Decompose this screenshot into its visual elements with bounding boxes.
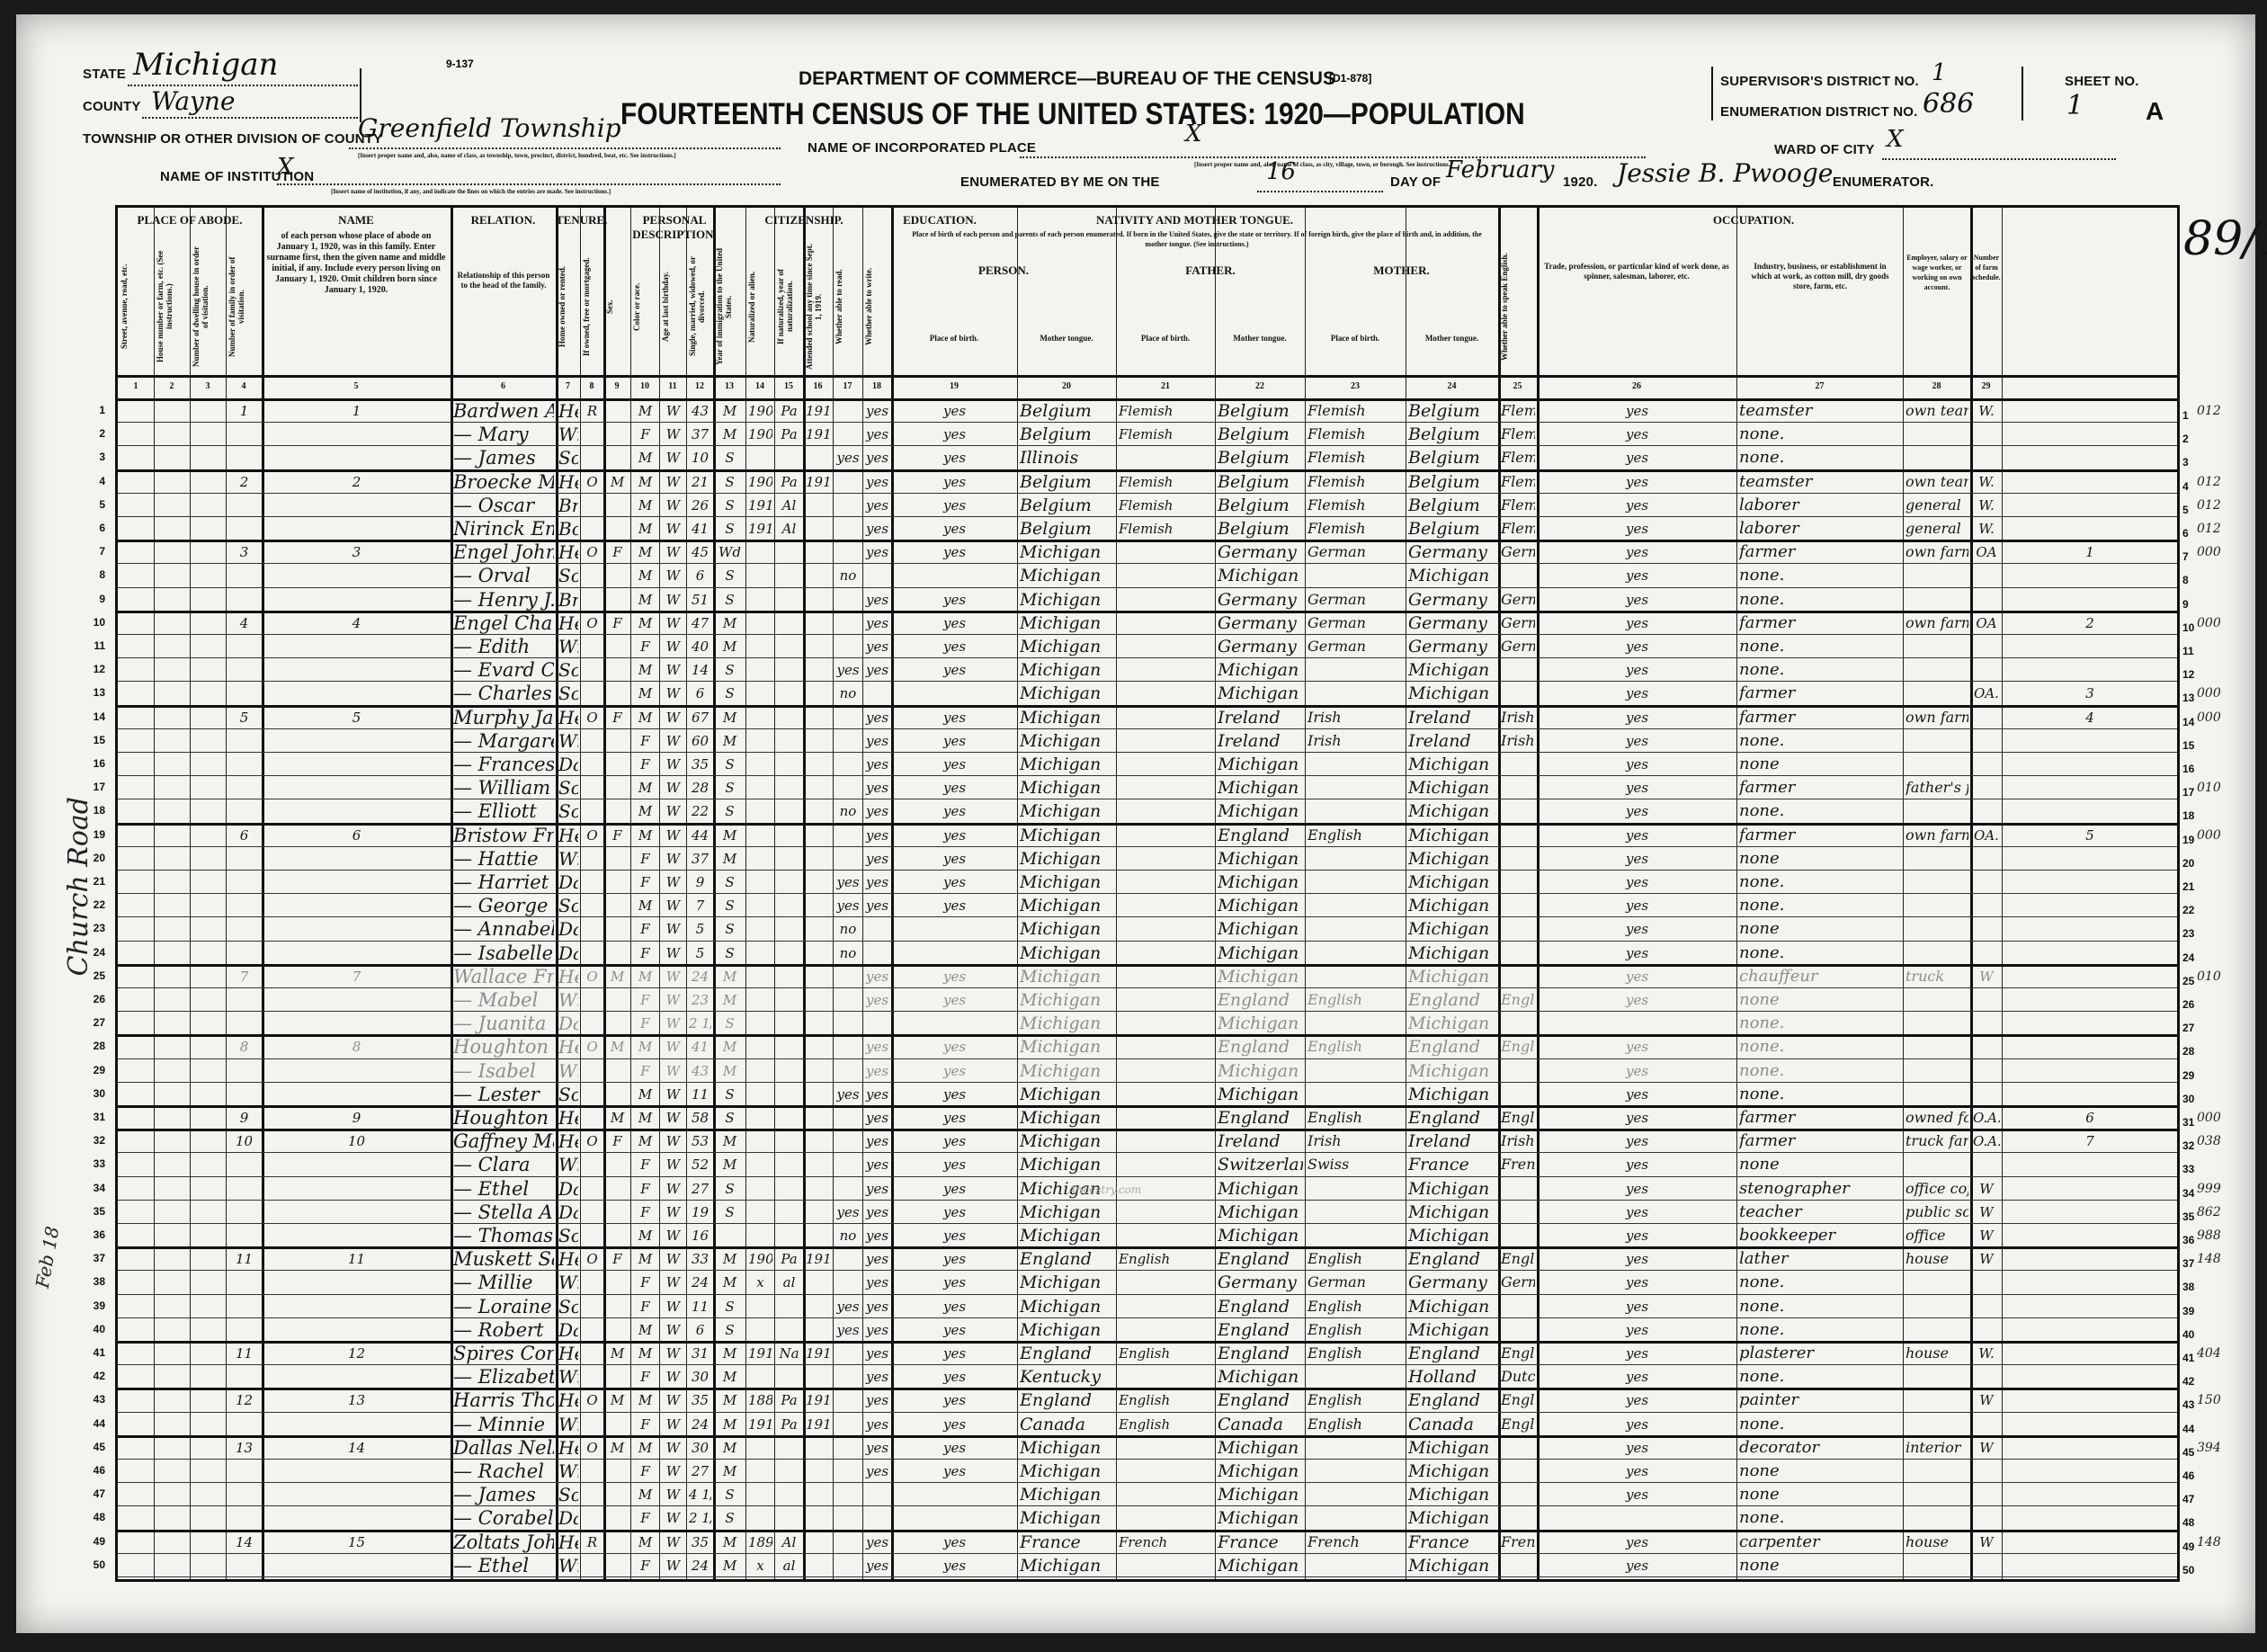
cell-marital: M — [716, 706, 744, 728]
cell-sex: M — [633, 1224, 657, 1246]
cell-fpob: Michigan — [1218, 1201, 1303, 1223]
line-number-right: 34 — [2182, 1187, 2194, 1200]
cell-trade: farmer — [1739, 776, 1901, 799]
cell-age: 24 — [689, 1554, 711, 1576]
cell-english: yes — [1540, 635, 1735, 657]
cell-read: yes — [865, 988, 889, 1011]
cell-pob: Michigan — [1020, 824, 1114, 846]
line-number-right: 44 — [2182, 1423, 2194, 1435]
line-number-right: 27 — [2182, 1022, 2194, 1034]
cell-race: W — [662, 564, 684, 586]
sheet-label: SHEET NO. — [2065, 74, 2139, 89]
cell-read: yes — [865, 635, 889, 657]
cell-english: yes — [1540, 1247, 1735, 1270]
cell-english: yes — [1540, 965, 1735, 987]
cell-class: W — [1973, 1247, 2000, 1270]
cell-trade: decorator — [1739, 1436, 1901, 1459]
cell-nat: Pa — [777, 1247, 801, 1270]
cell-mpob: England — [1408, 1247, 1496, 1270]
cell-dwelling: 11 — [228, 1342, 260, 1364]
cell-marital: M — [716, 1365, 744, 1388]
cell-age: 11 — [689, 1295, 711, 1317]
state-label: STATE — [83, 67, 126, 82]
cell-relation: Head — [558, 1130, 578, 1152]
cell-mpob: Germany — [1408, 588, 1496, 611]
cell-marital: S — [716, 1201, 744, 1223]
line-number-right: 7 — [2182, 550, 2189, 563]
column-number: 16 — [803, 381, 833, 391]
cell-race: W — [662, 894, 684, 916]
cell-mtongue: Flemish — [1501, 517, 1535, 540]
line-number: 17 — [87, 781, 105, 793]
cell-marital: M — [716, 1413, 744, 1435]
cell-fpob: Michigan — [1218, 1436, 1303, 1459]
cell-race: W — [662, 517, 684, 540]
cell-mort: F — [606, 612, 629, 634]
cell-mpob: Michigan — [1408, 682, 1496, 704]
cell-write: yes — [894, 1413, 1015, 1435]
cell-pob: Michigan — [1020, 776, 1114, 799]
cell-name: — Isabelle — [453, 942, 554, 964]
cell-mpob: Michigan — [1408, 1436, 1496, 1459]
margin-date-note: Feb 18 — [31, 1225, 64, 1290]
cell-pob: Michigan — [1020, 635, 1114, 657]
cell-name: — Thomas A. — [453, 1224, 554, 1246]
cell-mtongue: English — [1501, 1342, 1535, 1364]
cell-dwelling: 13 — [228, 1436, 260, 1459]
cell-mort: M — [606, 1436, 629, 1459]
cell-race: W — [662, 1389, 684, 1411]
group-father: FATHER. — [1116, 263, 1305, 278]
cell-age: 43 — [689, 399, 711, 422]
cell-pob: Michigan — [1020, 658, 1114, 681]
cell-mtongue: English — [1501, 1106, 1535, 1129]
cell-english: yes — [1540, 612, 1735, 634]
cell-write: yes — [894, 658, 1015, 681]
cell-relation: Son — [558, 658, 578, 681]
cell-read: yes — [865, 776, 889, 799]
cell-english: yes — [1540, 517, 1735, 540]
cell-pob: Michigan — [1020, 799, 1114, 822]
cell-write: yes — [894, 1295, 1015, 1317]
line-number-right: 48 — [2182, 1516, 2194, 1529]
cell-age: 27 — [689, 1177, 711, 1200]
cell-relation: Wife — [558, 1059, 578, 1082]
cell-tongue: Flemish — [1119, 399, 1213, 422]
line-number-right: 12 — [2182, 668, 2194, 681]
cell-read: yes — [865, 1413, 889, 1435]
cell-industry: truck farm — [1906, 1130, 1968, 1152]
coding-note: 000 — [2197, 545, 2221, 559]
line-number: 8 — [87, 568, 105, 581]
line-number: 39 — [87, 1299, 105, 1312]
cell-immig: 1907 — [748, 423, 772, 445]
cell-name: Nirinck Emiel — [453, 517, 554, 540]
cell-relation: Son — [558, 1224, 578, 1246]
cell-relation: Son — [558, 894, 578, 916]
cell-english: yes — [1540, 1224, 1735, 1246]
cell-fpob: Michigan — [1218, 1483, 1303, 1505]
cell-trade: teacher — [1739, 1201, 1901, 1223]
cell-pob: Michigan — [1020, 612, 1114, 634]
cell-fpob: Michigan — [1218, 871, 1303, 893]
cell-mtongue: Dutch — [1501, 1365, 1535, 1388]
cell-read: yes — [865, 1224, 889, 1246]
cell-immig: x — [748, 1554, 772, 1576]
cell-mpob: Belgium — [1408, 470, 1496, 493]
cell-race: W — [662, 1035, 684, 1058]
enumerator-name: Jessie B. Pwooge — [1617, 158, 1833, 188]
cell-trade: none. — [1739, 894, 1901, 916]
cell-nat: Al — [777, 494, 801, 516]
cell-name: Muskett Samuel — [453, 1247, 554, 1270]
cell-fpob: Michigan — [1218, 776, 1303, 799]
cell-marital: S — [716, 753, 744, 775]
vertical-header: Attended school any time since Sept. 1, … — [805, 244, 831, 370]
cell-race: W — [662, 1083, 684, 1105]
cell-ftongue: Flemish — [1308, 446, 1404, 469]
cell-trade: farmer — [1739, 682, 1901, 704]
line-number: 6 — [87, 522, 105, 534]
cell-marital: M — [716, 824, 744, 846]
cell-trade: teamster — [1739, 470, 1901, 493]
cell-race: W — [662, 1012, 684, 1034]
cell-read: yes — [865, 1295, 889, 1317]
cell-english: yes — [1540, 446, 1735, 469]
cell-pob: Michigan — [1020, 1035, 1114, 1058]
cell-relation: Son — [558, 1295, 578, 1317]
coding-note: 012 — [2197, 475, 2221, 489]
cell-read: yes — [865, 658, 889, 681]
cell-tongue: French — [1119, 1531, 1213, 1553]
cell-sex: M — [633, 1389, 657, 1411]
cell-pob: Michigan — [1020, 1130, 1114, 1152]
cell-fpob: Belgium — [1218, 517, 1303, 540]
vertical-header: Number of family in order of visitation. — [228, 244, 260, 370]
occupation-trade-header: Trade, profession, or particular kind of… — [1544, 262, 1729, 281]
cell-marital: S — [716, 1083, 744, 1105]
cell-home: O — [583, 540, 602, 563]
township-value: Greenfield Township — [358, 113, 621, 143]
line-number: 10 — [87, 616, 105, 629]
cell-trade: carpenter — [1739, 1531, 1901, 1553]
cell-sex: M — [633, 776, 657, 799]
coding-note: 000 — [2197, 828, 2221, 843]
cell-age: 19 — [689, 1201, 711, 1223]
cell-relation: Wife — [558, 1271, 578, 1293]
cell-mpob: Michigan — [1408, 1201, 1496, 1223]
cell-immig: 1910 — [748, 1342, 772, 1364]
cell-name: — James — [453, 446, 554, 469]
cell-family: 10 — [264, 1130, 449, 1152]
cell-dwelling: 8 — [228, 1035, 260, 1058]
cell-race: W — [662, 871, 684, 893]
cell-read: yes — [865, 517, 889, 540]
cell-sex: M — [633, 564, 657, 586]
cell-trade: none. — [1739, 588, 1901, 611]
cell-read: yes — [865, 799, 889, 822]
cell-write: yes — [894, 1460, 1015, 1482]
enumerator-label: ENUMERATOR. — [1833, 174, 1933, 190]
enumeration-value: 686 — [1923, 88, 1974, 120]
cell-english: yes — [1540, 847, 1735, 870]
cell-english: yes — [1540, 1295, 1735, 1317]
cell-race: W — [662, 446, 684, 469]
cell-age: 44 — [689, 824, 711, 846]
cell-age: 23 — [689, 988, 711, 1011]
cell-natyr: 1916 — [806, 1389, 831, 1411]
cell-write: yes — [894, 635, 1015, 657]
cell-sex: M — [633, 446, 657, 469]
cell-read: yes — [865, 423, 889, 445]
cell-age: 14 — [689, 658, 711, 681]
cell-read: yes — [865, 1554, 889, 1576]
cell-relation: Head — [558, 824, 578, 846]
cell-farm: 6 — [2004, 1106, 2175, 1129]
cell-mpob: Germany — [1408, 612, 1496, 634]
cell-trade: none. — [1739, 871, 1901, 893]
cell-age: 6 — [689, 682, 711, 704]
line-number-right: 37 — [2182, 1257, 2194, 1270]
coding-note: 862 — [2197, 1205, 2221, 1219]
cell-mpob: England — [1408, 1342, 1496, 1364]
cell-sex: M — [633, 1436, 657, 1459]
vertical-header: Street, avenue, road, etc. — [120, 244, 152, 370]
cell-industry: truck — [1906, 965, 1968, 987]
cell-sex: M — [633, 1083, 657, 1105]
vertical-header: Sex. — [605, 244, 629, 370]
cell-race: W — [662, 942, 684, 964]
cell-english: yes — [1540, 1130, 1735, 1152]
cell-english: yes — [1540, 1413, 1735, 1435]
line-number-right: 3 — [2182, 456, 2189, 469]
cell-write: yes — [894, 1177, 1015, 1200]
cell-read: yes — [865, 612, 889, 634]
cell-relation: Daughter — [558, 871, 578, 893]
cell-marital: S — [716, 446, 744, 469]
cell-industry: own team — [1906, 399, 1968, 422]
cell-name: Houghton Robert J. — [453, 1106, 554, 1129]
cell-sex: F — [633, 729, 657, 752]
vertical-header: Naturalized or alien. — [747, 244, 772, 370]
cell-trade: none — [1739, 1554, 1901, 1576]
cell-english: yes — [1540, 1436, 1735, 1459]
cell-english: yes — [1540, 1177, 1735, 1200]
cell-sex: M — [633, 1531, 657, 1553]
line-number-right: 21 — [2182, 880, 2194, 893]
cell-mtongue: German — [1501, 612, 1535, 634]
cell-immig: 1909 — [748, 470, 772, 493]
census-sheet: STATE Michigan COUNTY Wayne 9-137 TOWNSH… — [16, 14, 2255, 1633]
cell-english: yes — [1540, 1342, 1735, 1364]
cell-immig: 1898 — [748, 1531, 772, 1553]
cell-industry: own team — [1906, 470, 1968, 493]
cell-read: yes — [865, 1389, 889, 1411]
cell-english: yes — [1540, 988, 1735, 1011]
cell-name: — Minnie — [453, 1413, 554, 1435]
cell-trade: none. — [1739, 1035, 1901, 1058]
line-number-right: 1 — [2182, 409, 2189, 422]
cell-age: 37 — [689, 423, 711, 445]
district-bracket-right — [2022, 67, 2023, 121]
line-number: 27 — [87, 1016, 105, 1029]
cell-mpob: Michigan — [1408, 1224, 1496, 1246]
cell-trade: none. — [1739, 1318, 1901, 1341]
cell-industry: owned farm — [1906, 1106, 1968, 1129]
vertical-header: Whether able to speak English. — [1500, 244, 1535, 370]
cell-read: yes — [865, 470, 889, 493]
line-number-right: 22 — [2182, 904, 2194, 916]
cell-home: O — [583, 824, 602, 846]
cell-trade: plasterer — [1739, 1342, 1901, 1364]
line-number-right: 13 — [2182, 692, 2194, 704]
cell-school: yes — [835, 1318, 861, 1341]
cell-write: yes — [894, 1389, 1015, 1411]
cell-name: — William — [453, 776, 554, 799]
cell-trade: none. — [1739, 1059, 1901, 1082]
cell-read: yes — [865, 1318, 889, 1341]
cell-name: — Juanita — [453, 1012, 554, 1034]
cell-pob: Michigan — [1020, 1436, 1114, 1459]
cell-marital: M — [716, 1059, 744, 1082]
cell-marital: M — [716, 729, 744, 752]
cell-relation: Daughter — [558, 1201, 578, 1223]
cell-tongue: English — [1119, 1342, 1213, 1364]
cell-home: O — [583, 1389, 602, 1411]
cell-class: W. — [1973, 470, 2000, 493]
column-number: 23 — [1305, 381, 1406, 391]
cell-mort: F — [606, 540, 629, 563]
line-number: 5 — [87, 498, 105, 511]
cell-fpob: Ireland — [1218, 729, 1303, 752]
cell-immig: 1886 — [748, 1389, 772, 1411]
cell-read: yes — [865, 1460, 889, 1482]
cell-class: W — [1973, 1177, 2000, 1200]
institution-underline — [277, 183, 781, 185]
cell-age: 27 — [689, 1460, 711, 1482]
cell-trade: none. — [1739, 1271, 1901, 1293]
state-value: Michigan — [133, 47, 278, 83]
cell-mort: F — [606, 824, 629, 846]
coding-note: 000 — [2197, 1111, 2221, 1125]
cell-marital: M — [716, 1130, 744, 1152]
cell-dwelling: 5 — [228, 706, 260, 728]
cell-dwelling: 9 — [228, 1106, 260, 1129]
cell-marital: M — [716, 847, 744, 870]
cell-fpob: Michigan — [1218, 942, 1303, 964]
cell-mpob: Michigan — [1408, 824, 1496, 846]
cell-name: — Mabel — [453, 988, 554, 1011]
column-number: 13 — [713, 381, 745, 391]
cell-english: yes — [1540, 1365, 1735, 1388]
line-number-right: 25 — [2182, 975, 2194, 987]
cell-write: yes — [894, 470, 1015, 493]
line-number: 45 — [87, 1441, 105, 1453]
cell-mpob: Michigan — [1408, 1177, 1496, 1200]
column-number: 11 — [659, 381, 686, 391]
cell-sex: M — [633, 540, 657, 563]
cell-pob: Michigan — [1020, 706, 1114, 728]
cell-pob: Belgium — [1020, 517, 1114, 540]
cell-fpob: England — [1218, 1318, 1303, 1341]
cell-trade: none. — [1739, 658, 1901, 681]
cell-trade: none. — [1739, 1506, 1901, 1529]
institution-value: X — [277, 154, 294, 181]
cell-fpob: England — [1218, 1106, 1303, 1129]
cell-home: O — [583, 1130, 602, 1152]
cell-trade: farmer — [1739, 824, 1901, 846]
cell-mtongue: Flemish — [1501, 423, 1535, 445]
line-number: 31 — [87, 1111, 105, 1123]
cell-pob: Belgium — [1020, 423, 1114, 445]
cell-mtongue: French — [1501, 1153, 1535, 1175]
cell-immig: 1914 — [748, 494, 772, 516]
cell-write: yes — [894, 847, 1015, 870]
cell-english: yes — [1540, 1106, 1735, 1129]
cell-class: W — [1973, 1224, 2000, 1246]
cell-sex: F — [633, 942, 657, 964]
cell-family: 14 — [264, 1436, 449, 1459]
column-number: 8 — [580, 381, 603, 391]
cell-relation: Daughter — [558, 1177, 578, 1200]
cell-industry: general — [1906, 517, 1968, 540]
cell-industry: office coffee store — [1906, 1177, 1968, 1200]
cell-pob: Michigan — [1020, 1059, 1114, 1082]
cell-fpob: Belgium — [1218, 446, 1303, 469]
cell-fpob: Michigan — [1218, 847, 1303, 870]
line-number: 41 — [87, 1346, 105, 1359]
cell-relation: Son — [558, 682, 578, 704]
cell-fpob: Michigan — [1218, 682, 1303, 704]
cell-mort: F — [606, 706, 629, 728]
cell-race: W — [662, 1201, 684, 1223]
cell-mpob: Michigan — [1408, 1012, 1496, 1034]
coding-note: 000 — [2197, 710, 2221, 725]
cell-age: 51 — [689, 588, 711, 611]
column-number: 3 — [190, 381, 226, 391]
cell-sex: M — [633, 517, 657, 540]
cell-read: yes — [865, 399, 889, 422]
cell-ftongue: English — [1308, 1342, 1404, 1364]
cell-family: 15 — [264, 1531, 449, 1553]
line-number-right: 4 — [2182, 480, 2189, 493]
cell-name: — Hattie — [453, 847, 554, 870]
place-of-birth-header: Place of birth. — [891, 334, 1017, 344]
cell-industry: own farm — [1906, 540, 1968, 563]
cell-natyr: 1916 — [806, 1342, 831, 1364]
cell-mpob: Belgium — [1408, 399, 1496, 422]
cell-ftongue: German — [1308, 588, 1404, 611]
line-number-right: 35 — [2182, 1210, 2194, 1223]
cell-sex: F — [633, 1554, 657, 1576]
line-number-right: 28 — [2182, 1045, 2194, 1058]
cell-fpob: England — [1218, 1342, 1303, 1364]
cell-family: 1 — [264, 399, 449, 422]
cell-race: W — [662, 1295, 684, 1317]
cell-tongue: Flemish — [1119, 494, 1213, 516]
department-title: DEPARTMENT OF COMMERCE—BUREAU OF THE CEN… — [799, 68, 1335, 90]
cell-fpob: Michigan — [1218, 1177, 1303, 1200]
vertical-header: Single, married, widowed, or divorced. — [688, 244, 711, 370]
cell-nat: Na — [777, 1342, 801, 1364]
cell-pob: Michigan — [1020, 753, 1114, 775]
line-number: 48 — [87, 1511, 105, 1523]
census-title: FOURTEENTH CENSUS OF THE UNITED STATES: … — [620, 97, 1525, 132]
cell-marital: S — [716, 517, 744, 540]
cell-mort: M — [606, 1389, 629, 1411]
line-number-right: 11 — [2182, 645, 2194, 657]
cell-relation: Head — [558, 612, 578, 634]
